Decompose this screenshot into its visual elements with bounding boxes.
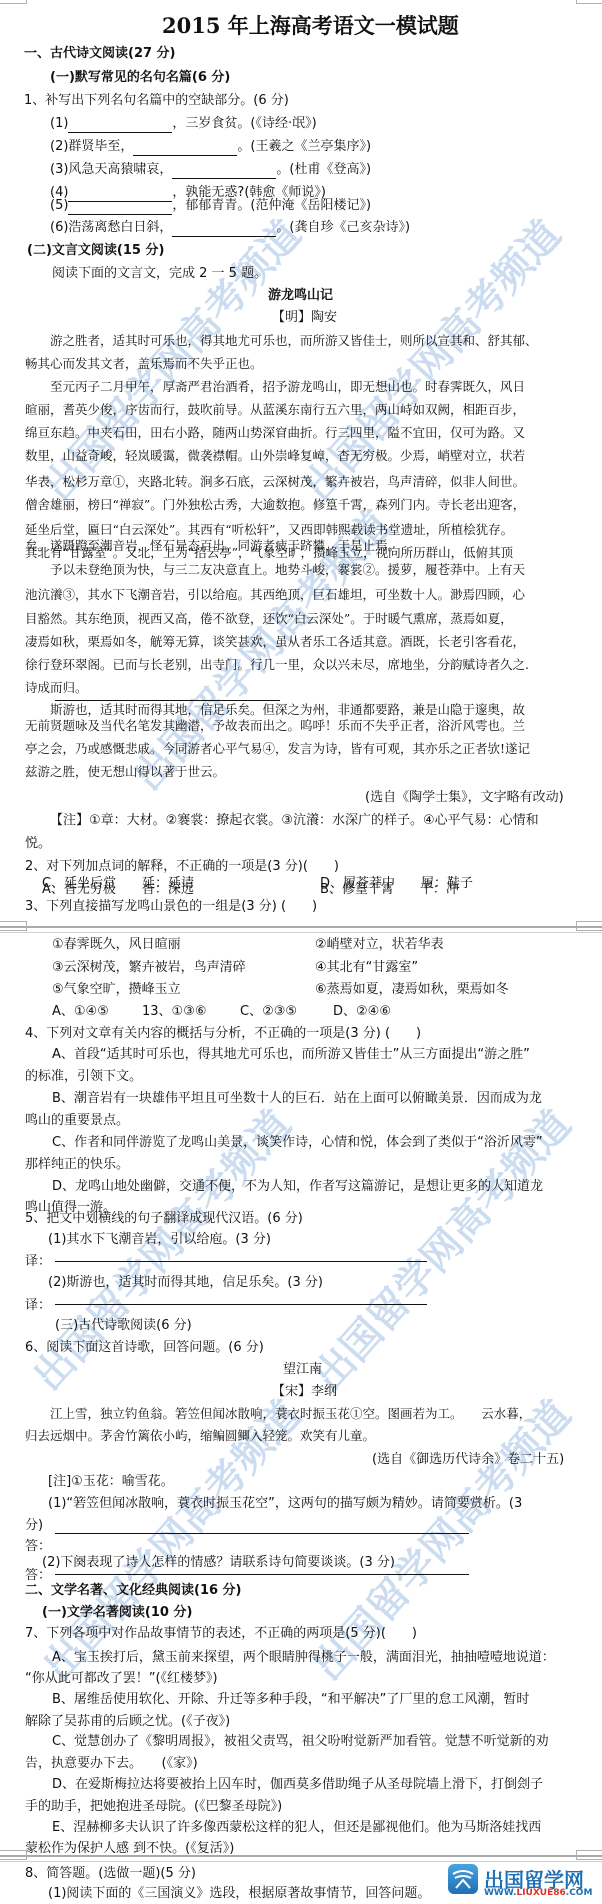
- essay-line: 游之胜者，适其时可乐也，得其地尤可乐也，而所游又皆佳士，则所以宣其和、舒其郁、: [50, 332, 538, 350]
- page-corner-mark: [576, 0, 602, 4]
- question-4: 4、下列对文章有关内容的概括与分析，不正确的一项是(3 分) ( ): [25, 1025, 421, 1043]
- part2-heading: (二)文言文阅读(15 分): [27, 242, 164, 260]
- site-logo[interactable]: 出国留学网 WWW.LIUXUE86.COM: [448, 1864, 602, 1904]
- section2-part1-heading: (一)文学名著阅读(10 分): [42, 1604, 192, 1622]
- essay-line: 池沆瀁③，其水下飞潮音岩，引以给庖。其西绝顶，巨石雄坦，可坐数十人。渺焉四顾，心: [25, 586, 525, 604]
- poem-title: 望江南: [283, 1361, 322, 1379]
- essay-line: 诗成而归。: [25, 679, 88, 697]
- q4-option-a-cont: 的标准，引领下文。: [25, 1068, 142, 1086]
- q7-option-d-cont: 手的助手，把她抱进圣母院。(《巴黎圣母院》): [25, 1798, 282, 1816]
- q3-item-1: ①春霁既久，风日暄丽: [52, 936, 181, 954]
- q5-sub-1: (1)其水下飞潮音岩，引以给庖。(3 分): [48, 1231, 271, 1249]
- q7-option-c-cont: 告，执意要办下去。 (《家》): [25, 1755, 198, 1773]
- essay-line: 畅其心而发其文者，盖乐焉而不失乎正也。: [25, 355, 263, 373]
- essay-line: 暄丽，耆英少俊，序齿而行，鼓吹前导。从蓝溪东南行五六里，两山峙如双阙，相距百步，: [25, 401, 525, 419]
- q4-option-c-cont: 那样纯正的快乐。: [25, 1156, 129, 1174]
- fill-blank[interactable]: [172, 164, 276, 179]
- essay-line: 无前贤题咏及当代名笔发其幽潜，予故表而出之。呜呼！乐而不失乎正者，浴沂风雩也。兰: [25, 717, 525, 735]
- question-5: 5、把文中划横线的句子翻译成现代汉语。(6 分): [25, 1210, 303, 1228]
- essay-line: 亭之会，乃或感慨悲戚。今同游者心平气易④，发言为诗，皆有可观，其亦乐之正者欤!遂…: [25, 740, 530, 758]
- q6-sub-1-cont: 分): [25, 1517, 43, 1535]
- question-2: 2、对下列加点词的解释，不正确的一项是(3 分)( ): [25, 858, 339, 876]
- page-corner-mark: [576, 921, 602, 931]
- essay-notes-cont: 悦。: [25, 835, 51, 853]
- q3-item-5: ⑤气象空旷，攒峰玉立: [52, 981, 181, 999]
- question-3: 3、下列直接描写龙鸣山景色的一组是(3 分) ( ): [25, 898, 317, 916]
- page-break: [0, 926, 602, 933]
- essay-line: 徐行登环翠阁。已而与长老别，出寺门。行几一里，众以兴未尽，席地坐，分韵赋诗者久之…: [25, 656, 529, 674]
- q7-option-c[interactable]: C、觉慧创办了《黎明周报》，被祖父责骂，祖父吩咐觉新严加看管。觉慧不听觉新的劝: [52, 1733, 549, 1751]
- q8-sub-1: (1)阅读下面的《三国演义》选段，根据原著故事情节，回答问题。: [48, 1885, 430, 1903]
- q6-answer-line-2[interactable]: [55, 1574, 469, 1575]
- section2-heading: 二、文学名著、文化经典阅读(16 分): [25, 1582, 242, 1600]
- q4-option-b[interactable]: B、潮音岩有一块雄伟平坦且可坐数十人的巨石．站在上面可以俯瞰美景．因而成为龙: [52, 1090, 542, 1108]
- q7-option-b-cont: 解除了吴荪甫的后顾之忧。(《子夜》): [25, 1713, 230, 1731]
- part2-intro: 阅读下面的文言文，完成 2 一 5 题。: [52, 265, 267, 283]
- poem-author: 【宋】李纲: [272, 1383, 337, 1401]
- q7-option-b[interactable]: B、屠维岳使用软化、开除、升迁等多种手段，“和平解决”了厂里的怠工风潮，暂时: [52, 1691, 529, 1709]
- q3-choice-d[interactable]: D、②④⑥: [333, 1003, 391, 1021]
- fill-blank[interactable]: [68, 118, 172, 133]
- question-7: 7、下列各项中对作品故事情节的表述，不正确的两项是(5 分)( ): [25, 1625, 417, 1643]
- underline-mark: [55, 700, 280, 701]
- q6-sub-2: (2)下阕表现了诗人怎样的情感？请联系诗句简要谈谈。(3 分): [42, 1554, 395, 1572]
- q1-item-6: (6)浩荡离愁白日斜，。(龚自珍《己亥杂诗》): [50, 219, 410, 237]
- essay-line: 僧舍雄丽，榜曰“禅寂”。门外独松古秀，大逾数抱。修篁千霄，森列门内。寺长老出迎客…: [25, 496, 525, 514]
- page-corner-mark: [0, 1850, 27, 1860]
- document-title: 2015 年上海高考语文一模试题: [162, 12, 459, 40]
- essay-line: 数里，山益奇峻，轻岚暖霭，微袭襟帽。山外崇峰复嶂，杳无穷极。少焉，峭壁对立，状若: [25, 447, 525, 465]
- q4-option-a[interactable]: A、首段“适其时可乐也，得其地尤可乐也，而所游又皆佳士”从三方面提出“游之胜”: [52, 1046, 530, 1064]
- poem-line-1: 江上雪，独立钓鱼翁。箬笠但闻冰散响，蓑衣时振玉花①空。图画若为工。 云水暮，: [50, 1405, 531, 1423]
- q7-option-a[interactable]: A、宝玉挨打后，黛玉前来探望，两个眼睛肿得桃子一般，满面泪光，抽抽噎噎地说道：: [52, 1649, 555, 1667]
- poem-line-2: 归去远烟中。茅舍竹篱依小屿，缩鳊圆鲫入轻笼。欢笑有儿童。: [25, 1427, 375, 1445]
- question-1: 1、补写出下列名句名篇中的空缺部分。(6 分): [24, 92, 289, 110]
- fill-blank[interactable]: [172, 222, 276, 237]
- graduation-cap-icon: [448, 1864, 478, 1894]
- essay-line: 至元丙子二月甲午，厚斋严君治酒肴，招予游龙鸣山，即无想山也。时春霁既久，风日: [50, 378, 525, 396]
- page-corner-mark: [576, 1850, 602, 1860]
- essay-line: 华表，松杉万章①，夹路北转。涧多石底，云深树茂，繁卉被岩，鸟声清碎，似非人间世。: [25, 473, 525, 491]
- q3-choice-b[interactable]: 13、①③⑥: [142, 1003, 207, 1021]
- page-corner-mark: [0, 921, 27, 931]
- q3-item-4: ④其北有“甘露室”: [315, 959, 418, 977]
- essay-source: (选自《陶学士集》，文字略有改动): [365, 789, 564, 807]
- essay-line: 兹游之胜，使无想山得以著于世云。: [25, 763, 225, 781]
- logo-url: WWW.LIUXUE86.COM: [484, 1888, 592, 1898]
- essay-line: 凄焉如秋，栗焉如冬，觥筹无算，谈笑甚欢，虽从者乐工各适其意。酒既，长老引客看花，: [25, 633, 525, 651]
- essay-line: 予以未登绝顶为快，与三二友决意直上。地势斗峻，褰裳②。援萝，履苍莽中。上有天: [50, 561, 525, 579]
- q1-item-2: (2)群贤毕至，。(王羲之《兰亭集序》): [50, 138, 371, 156]
- q3-choice-c[interactable]: C、②③⑤: [240, 1003, 297, 1021]
- q4-option-d[interactable]: D、龙鸣山地处幽僻，交通不便，不为人知，作者写这篇游记，是想让更多的人知道龙: [52, 1178, 543, 1196]
- q5-answer-label-1: 译：: [25, 1253, 51, 1271]
- q1-item-3: (3)风急天高猿啸哀，。(杜甫《登高》): [50, 161, 371, 179]
- q5-answer-label-2: 译：: [25, 1297, 51, 1315]
- q1-item-1: (1)，三岁食贫。(《诗经·氓》): [50, 115, 317, 133]
- essay-author: 【明】陶安: [272, 309, 337, 327]
- q4-option-b-cont: 鸣山的重要景点。: [25, 1112, 129, 1130]
- q3-item-6: ⑥蒸焉如夏，凄焉如秋，栗焉如冬: [315, 981, 509, 999]
- part1-heading: (一)默写常见的名句名篇(6 分): [50, 69, 230, 87]
- essay-title: 游龙鸣山记: [268, 287, 333, 305]
- q7-option-d[interactable]: D、在爱斯梅拉达将要被抬上囚车时，伽西莫多借助绳子从圣母院墙上滑下，打倒刽子: [52, 1776, 543, 1794]
- essay-line: 目豁然。其东绝顶，视西又高，倦不欲登，还饮“白云深处”。于时暖气熏席，蒸焉如夏，: [25, 610, 513, 628]
- essay-line: 绵亘东趋。中夹石田，田右小路，随两山势深窅曲折。行三四里，隘不宜田，仅可为路。又: [25, 424, 525, 442]
- question-6: 6、阅读下面这首诗歌，回答问题。(6 分): [25, 1339, 264, 1357]
- fill-blank[interactable]: [133, 141, 237, 156]
- q4-option-c[interactable]: C、作者和同伴游览了龙鸣山美景，谈笑作诗，心情和悦，体会到了类似于“浴沂风雩”: [52, 1134, 543, 1152]
- q6-answer-line-1[interactable]: [55, 1533, 469, 1534]
- question-8: 8、简答题。(选做一题)(5 分): [25, 1865, 196, 1883]
- q3-item-3: ③云深树茂，繁卉被岩，鸟声清碎: [52, 959, 246, 977]
- watermark: 出国留学网高考频道: [288, 206, 571, 512]
- q2-option-c[interactable]: C、延坐后堂延：延请: [42, 875, 194, 893]
- q3-item-2: ②峭壁对立，状若华表: [315, 936, 444, 954]
- q2-option-d[interactable]: D、履苍莽中履：鞋子: [320, 875, 473, 893]
- q5-answer-line-2[interactable]: [55, 1304, 427, 1305]
- essay-line: 矣。遂蹑蹬至潮音岩，怪石异态百出。同游者疲于跻攀，于是止焉。: [25, 537, 400, 555]
- q1-item-5: (5)，郁郁青青。(范仲淹《岳阳楼记》): [50, 197, 371, 215]
- q5-sub-2: (2)斯游也，适其时而得其地，信足乐矣。(3 分): [48, 1274, 323, 1292]
- page-break: [0, 1855, 602, 1862]
- q7-option-a-cont: “你从此可都改了罢！”(《红楼梦》): [25, 1670, 218, 1688]
- fill-blank[interactable]: [68, 200, 172, 215]
- page-corner-mark: [0, 0, 27, 4]
- poem-source: (选自《御选历代诗余》卷二十五): [372, 1451, 564, 1469]
- poem-note: [注]①玉花：喻雪花。: [48, 1473, 174, 1491]
- part3-heading: (三)古代诗歌阅读(6 分): [55, 1317, 192, 1335]
- logo-icon: [448, 1864, 478, 1894]
- q7-option-e[interactable]: E、涅赫柳多夫认识了许多像西蒙松这样的犯人，但还是鄙视他们。他为马斯洛娃找西: [52, 1819, 541, 1837]
- q6-sub-1: (1)“箬笠但闻冰散响，蓑衣时振玉花空”，这两句的描写颇为精妙。请简要赏析。(3: [48, 1495, 522, 1513]
- section1-heading: 一、古代诗文阅读(27 分): [24, 45, 176, 63]
- essay-notes: 【注】①章：大材。②褰裳：撩起衣裳。③沆瀁：水深广的样子。④心平气易：心情和: [50, 812, 539, 830]
- q3-choice-a[interactable]: A、①④⑤: [52, 1003, 109, 1021]
- q5-answer-line-1[interactable]: [55, 1261, 427, 1262]
